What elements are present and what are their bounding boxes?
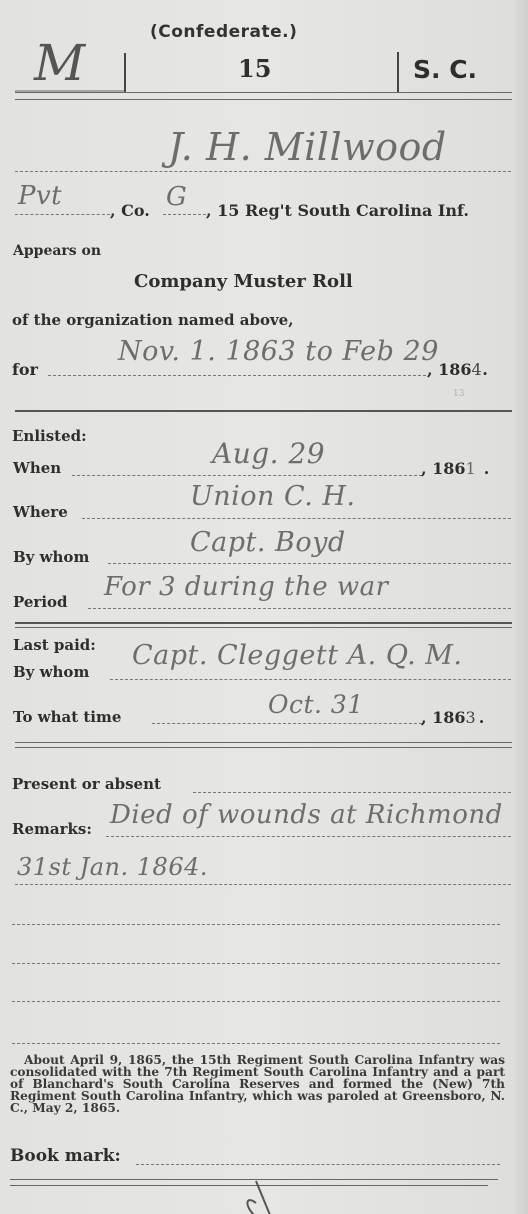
blank-line-2 xyxy=(12,963,500,964)
to-what-time-label: To what time xyxy=(13,708,121,726)
blank-line-3 xyxy=(12,1001,500,1002)
consolidation-note: About April 9, 1865, the 15th Regiment S… xyxy=(10,1054,505,1114)
header-rule-bottom xyxy=(15,99,512,100)
section-rule-3 xyxy=(15,742,512,743)
enlisted-by-whom-value: Capt. Boyd xyxy=(190,527,346,558)
regiment-number: 15 xyxy=(238,54,271,83)
section-rule-2 xyxy=(15,622,512,624)
enlisted-heading: Enlisted: xyxy=(12,427,87,445)
book-mark-line xyxy=(136,1164,500,1165)
last-paid-by-whom-line xyxy=(110,679,511,680)
last-paid-by-whom-label: By whom xyxy=(13,663,89,681)
company-label: , Co. xyxy=(110,201,150,220)
for-year-suffix: 4 xyxy=(472,360,483,379)
last-paid-by-whom-value: Capt. Cleggett A. Q. M. xyxy=(132,640,463,671)
remarks-line-2-rule xyxy=(15,884,511,885)
last-paid-year: , 1863. xyxy=(421,708,484,727)
rank-handwritten: Pvt xyxy=(18,181,62,211)
for-year: , 1864. xyxy=(427,360,488,379)
last-paid-heading: Last paid: xyxy=(13,636,96,654)
blank-line-1 xyxy=(12,924,500,925)
remarks-line-1-rule xyxy=(106,836,511,837)
remarks-line-1: Died of wounds at Richmond xyxy=(110,800,503,830)
for-year-prefix: , 186 xyxy=(427,360,472,379)
section-rule-2b xyxy=(15,627,512,628)
period-value: For 3 during the war xyxy=(104,572,389,602)
where-value: Union C. H. xyxy=(190,481,356,512)
company-handwritten: G xyxy=(166,182,187,212)
book-mark-label: Book mark: xyxy=(10,1146,121,1166)
header-divider-left xyxy=(124,53,126,93)
roll-title: Company Muster Roll xyxy=(134,271,353,292)
blank-line-4 xyxy=(12,1043,500,1044)
enlisted-by-whom-label: By whom xyxy=(13,548,89,566)
initial-handwritten: M xyxy=(34,34,86,92)
last-paid-year-prefix: , 186 xyxy=(421,708,466,727)
when-line xyxy=(72,475,422,476)
for-line xyxy=(48,375,426,376)
period-line xyxy=(88,608,511,609)
when-year-prefix: , 186 xyxy=(421,459,466,478)
present-or-absent-line xyxy=(193,792,511,793)
section-rule-1 xyxy=(15,410,512,412)
organization-line: of the organization named above, xyxy=(12,311,293,329)
soldier-name: J. H. Millwood xyxy=(168,125,447,169)
appears-on: Appears on xyxy=(13,243,101,259)
state-label: S. C. xyxy=(413,55,477,84)
for-label: for xyxy=(12,360,38,379)
where-label: Where xyxy=(13,503,68,521)
unit-text: , 15 Reg't South Carolina Inf. xyxy=(206,201,469,220)
name-line xyxy=(15,171,511,172)
muster-roll-card: (Confederate.) M 15 S. C. J. H. Millwood… xyxy=(0,0,528,1214)
where-line xyxy=(82,518,511,519)
remarks-label: Remarks: xyxy=(12,820,92,838)
header-underline xyxy=(15,88,125,94)
when-year: , 1861. xyxy=(421,459,489,478)
for-period-handwritten: Nov. 1. 1863 to Feb 29 xyxy=(118,336,439,367)
header-divider-right xyxy=(397,52,399,93)
rank-line xyxy=(15,214,110,215)
last-paid-year-suffix: 3 xyxy=(466,708,476,727)
small-mark: 13 xyxy=(453,389,464,399)
present-or-absent-label: Present or absent xyxy=(12,775,161,793)
period-label: Period xyxy=(13,593,68,611)
confederate-label: (Confederate.) xyxy=(150,22,297,42)
remarks-line-2: 31st Jan. 1864. xyxy=(17,853,208,881)
when-year-suffix: 1 xyxy=(466,459,476,478)
enlisted-by-whom-line xyxy=(108,563,511,564)
to-what-time-value: Oct. 31 xyxy=(268,690,364,719)
section-rule-3b xyxy=(15,747,512,748)
when-label: When xyxy=(13,459,61,477)
signature-flourish xyxy=(236,1175,296,1214)
when-value: Aug. 29 xyxy=(212,437,325,470)
company-line xyxy=(163,214,206,215)
to-what-time-line xyxy=(152,723,422,724)
